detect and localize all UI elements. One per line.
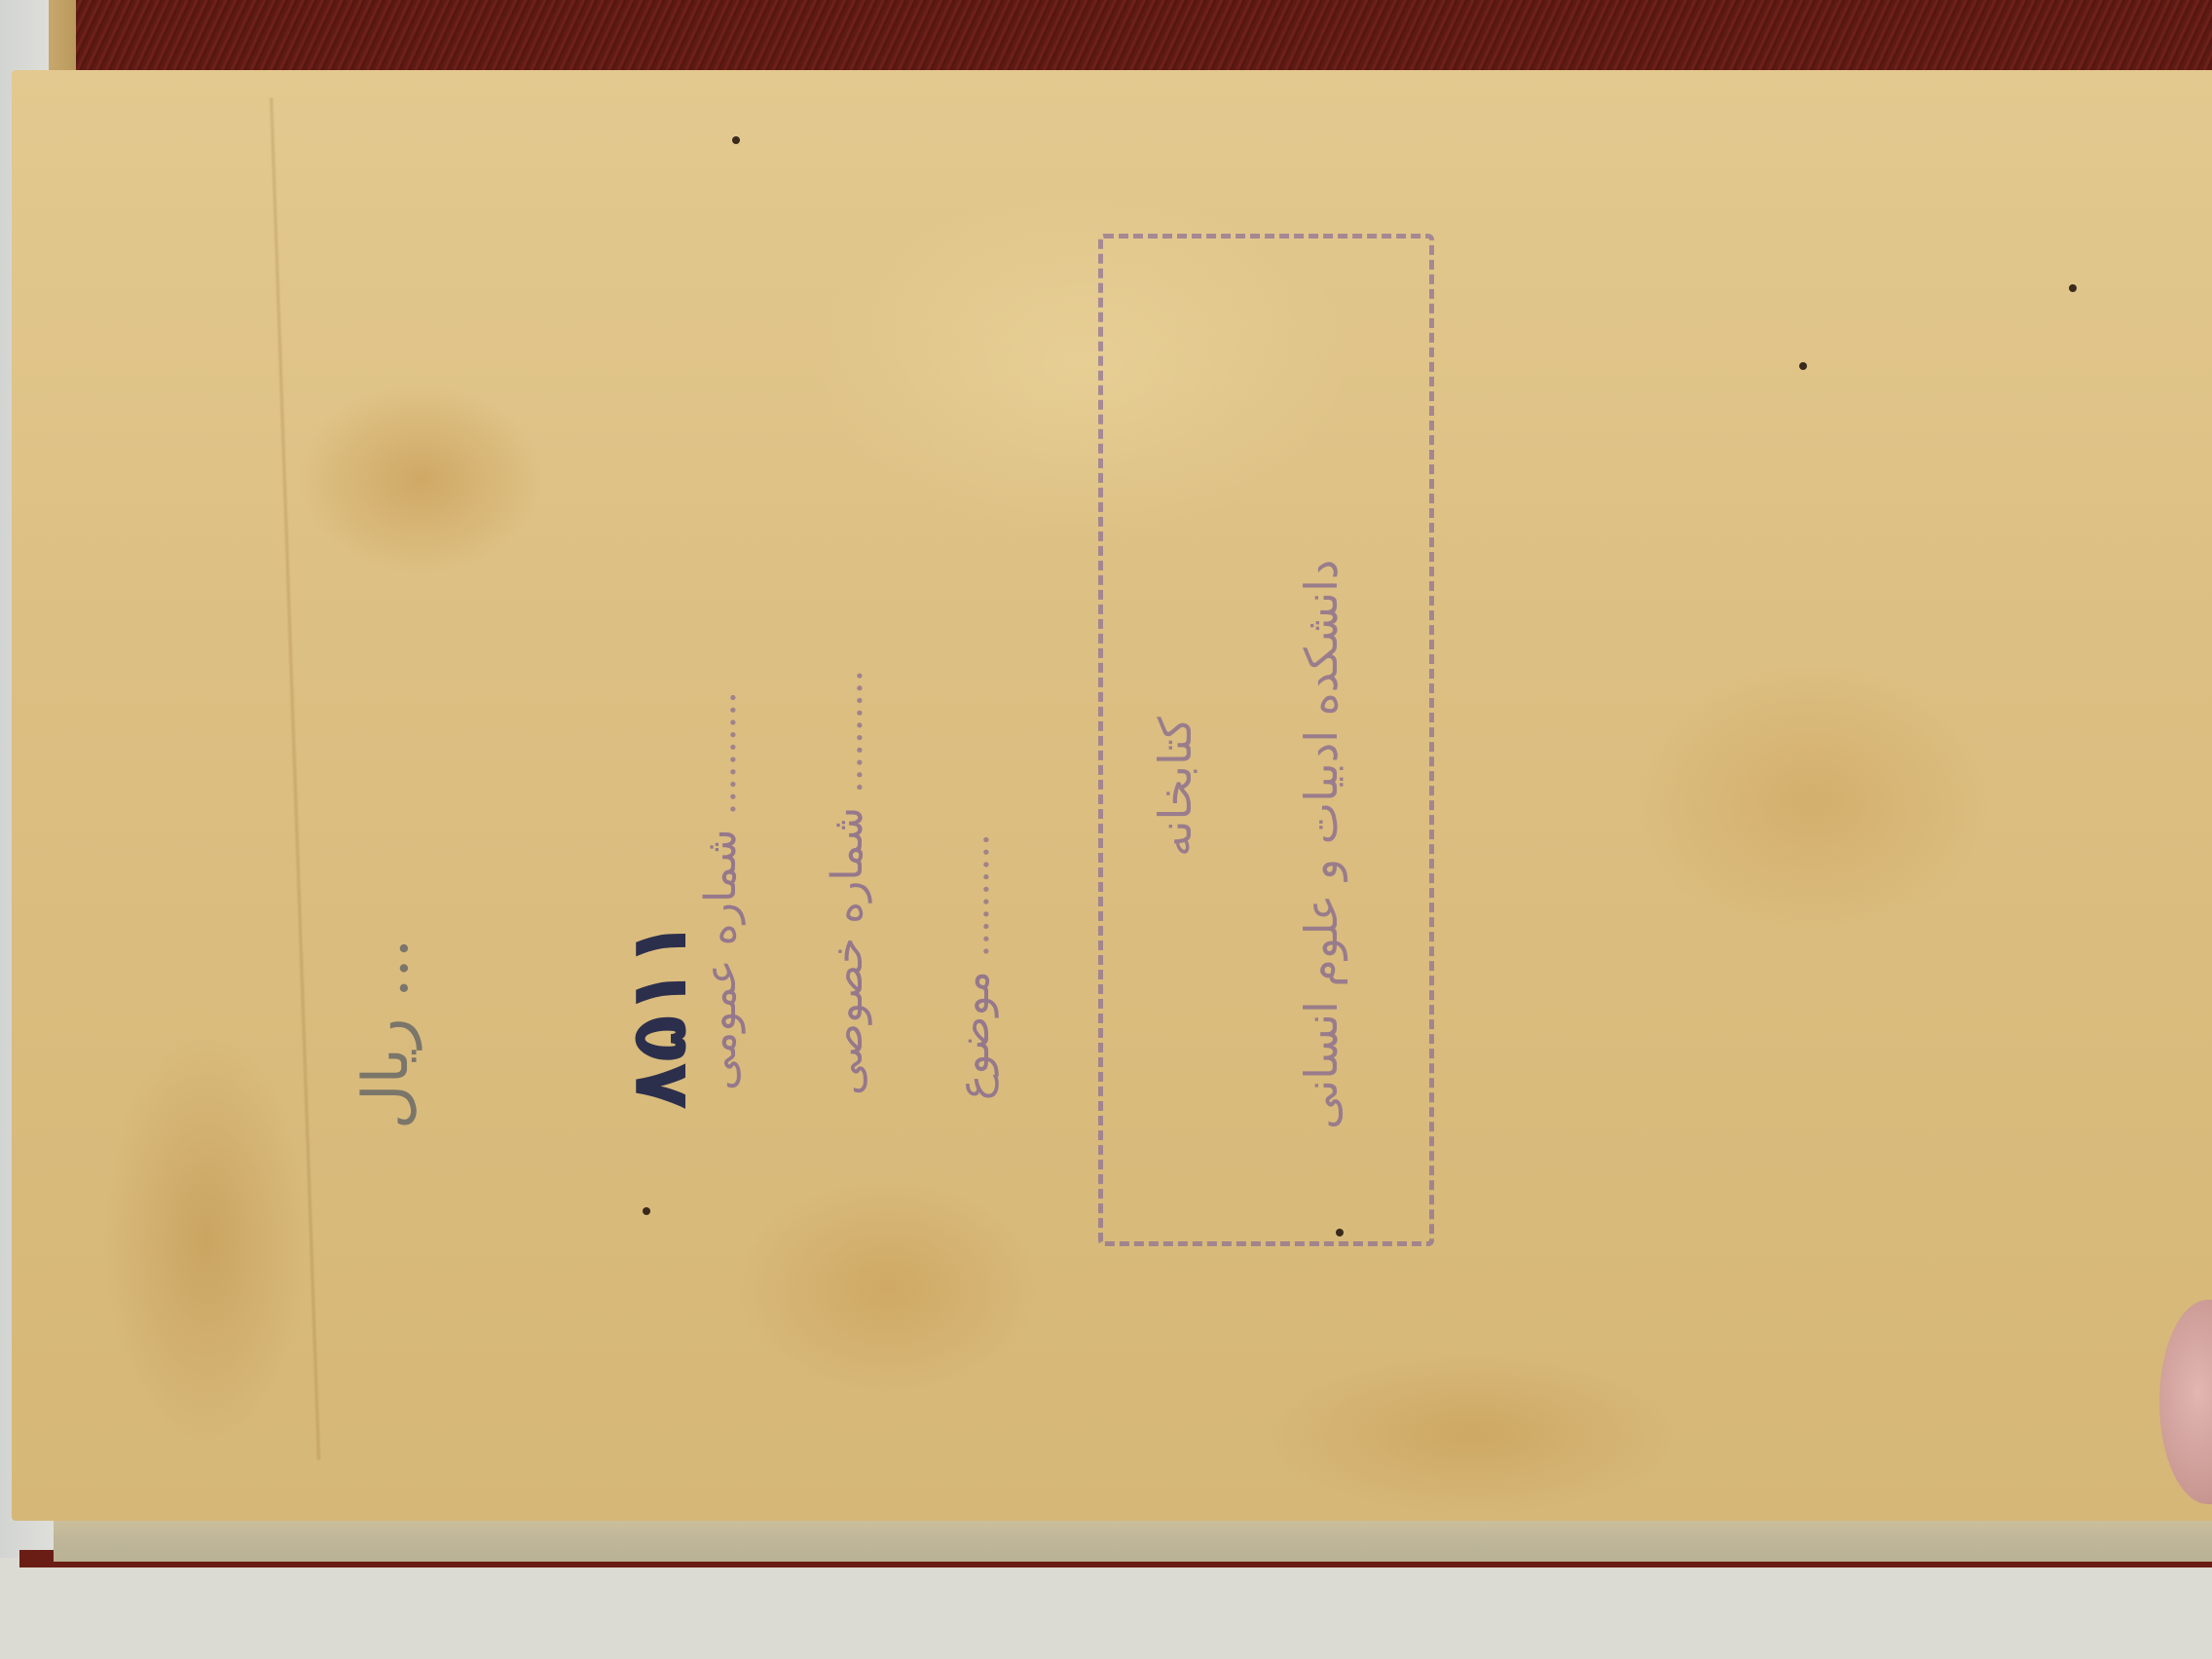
pencil-price-note: ... ریال [350, 939, 423, 1129]
stamp-label-general-number: .......... شماره عمومی [696, 691, 746, 1090]
stamp-dots: .......... [700, 691, 745, 815]
catalog-number: ۸۵۱۱ [613, 920, 704, 1110]
ink-speck [2069, 284, 2077, 292]
general-number-label: شماره عمومی [696, 829, 746, 1090]
stamp-title-line-1: دانشکده ادبیات و علوم انسانی [1295, 560, 1347, 1129]
stamp-title-line-2: کتابخانه [1149, 717, 1201, 857]
stamp-dots: .......... [827, 670, 871, 793]
ink-speck [643, 1207, 650, 1215]
ink-speck [732, 136, 740, 144]
background-table [0, 1558, 2212, 1659]
subject-label: موضوع [949, 971, 999, 1100]
stamp-label-private-number: .......... شماره خصوصی [823, 670, 872, 1095]
stamp-dots: .......... [953, 833, 998, 957]
ink-speck [1799, 362, 1807, 370]
stamp-label-subject: .......... موضوع [949, 833, 999, 1100]
private-number-label: شماره خصوصی [823, 807, 872, 1095]
